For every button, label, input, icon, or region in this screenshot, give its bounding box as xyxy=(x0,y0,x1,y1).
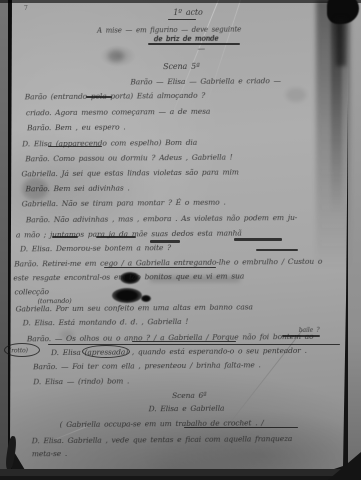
stage-direction: ( Gabriella occupa-se em um trabalho de … xyxy=(60,418,264,429)
divider-dash: — xyxy=(186,44,216,53)
dialogue-line: Gabriella. Já sei que estas lindas viole… xyxy=(21,167,238,178)
dialogue-line: D. Elisa — (rindo) bom . xyxy=(33,376,129,386)
dialogue-line: D. Elisa (apparecendo com espelho) Bom d… xyxy=(22,138,197,149)
dialogue-line: D. Elisa (apressada) , quando está esper… xyxy=(51,346,307,357)
scene-heading: Scena 6ª xyxy=(149,391,229,401)
scene-cast: Barão — Elisa — Gabriella e criado — xyxy=(121,76,291,86)
dialogue-line: Barão. — Os olhos ou o anno ? / a Gabrie… xyxy=(27,332,314,344)
handwriting-layer: 1º acto A mise — em figurino — deve segu… xyxy=(0,0,361,480)
dialogue-line: Barão. Bem sei adivinhas . xyxy=(26,183,130,193)
dialogue-line: Barão (entrando pela porta) Está almoçan… xyxy=(25,91,206,102)
photo-top-border xyxy=(0,0,361,3)
dialogue-line: a mão ; juntamos para ja da mãe suas ded… xyxy=(16,228,242,239)
scene-cast: D. Elisa e Gabriella xyxy=(121,403,251,413)
dialogue-line: Barão. Bem , eu espero . xyxy=(27,122,126,132)
dialogue-line: este resgate encontral-os em tão bonitos… xyxy=(13,271,244,282)
dialogue-line: meta-se . xyxy=(32,449,67,458)
dialogue-line: Barão. Como passou ou dormiu ? Adeus , G… xyxy=(25,153,232,164)
margin-note: (rotto) xyxy=(9,346,28,355)
act-title: 1º acto xyxy=(148,8,228,18)
dialogue-line: Barão. — Foi ter com ella , presenteou /… xyxy=(33,360,261,371)
inserted-word: baile ? xyxy=(299,326,320,335)
dialogue-line: Barão. Retirei-me em cego / a Gabriella … xyxy=(14,257,322,269)
dialogue-line: D. Elisa. Gabriella , vede que tentas e … xyxy=(32,434,293,445)
dialogue-line: D. Elisa. Está montando d. d. , Gabriell… xyxy=(23,317,189,327)
dialogue-line: criado. Agora mesmo começaram — a de mes… xyxy=(26,107,210,118)
manuscript-photo: 7 1º acto A mise — em figurino — deve se… xyxy=(0,0,361,480)
dialogue-line: Gabriella. Não se tiram para montar ? É … xyxy=(22,198,226,209)
dialogue-line: Gabriella. Por um seu confeito em uma al… xyxy=(16,302,253,313)
top-right-ink-tail xyxy=(336,18,346,66)
dialogue-line: Barão. Não adivinhas , mas , embora . As… xyxy=(26,213,297,224)
dialogue-line: D. Elisa. Demorou-se bontem a noite ? xyxy=(20,243,171,253)
dialogue-line: collecção xyxy=(14,287,49,296)
scene-heading: Scena 5ª xyxy=(136,62,226,72)
